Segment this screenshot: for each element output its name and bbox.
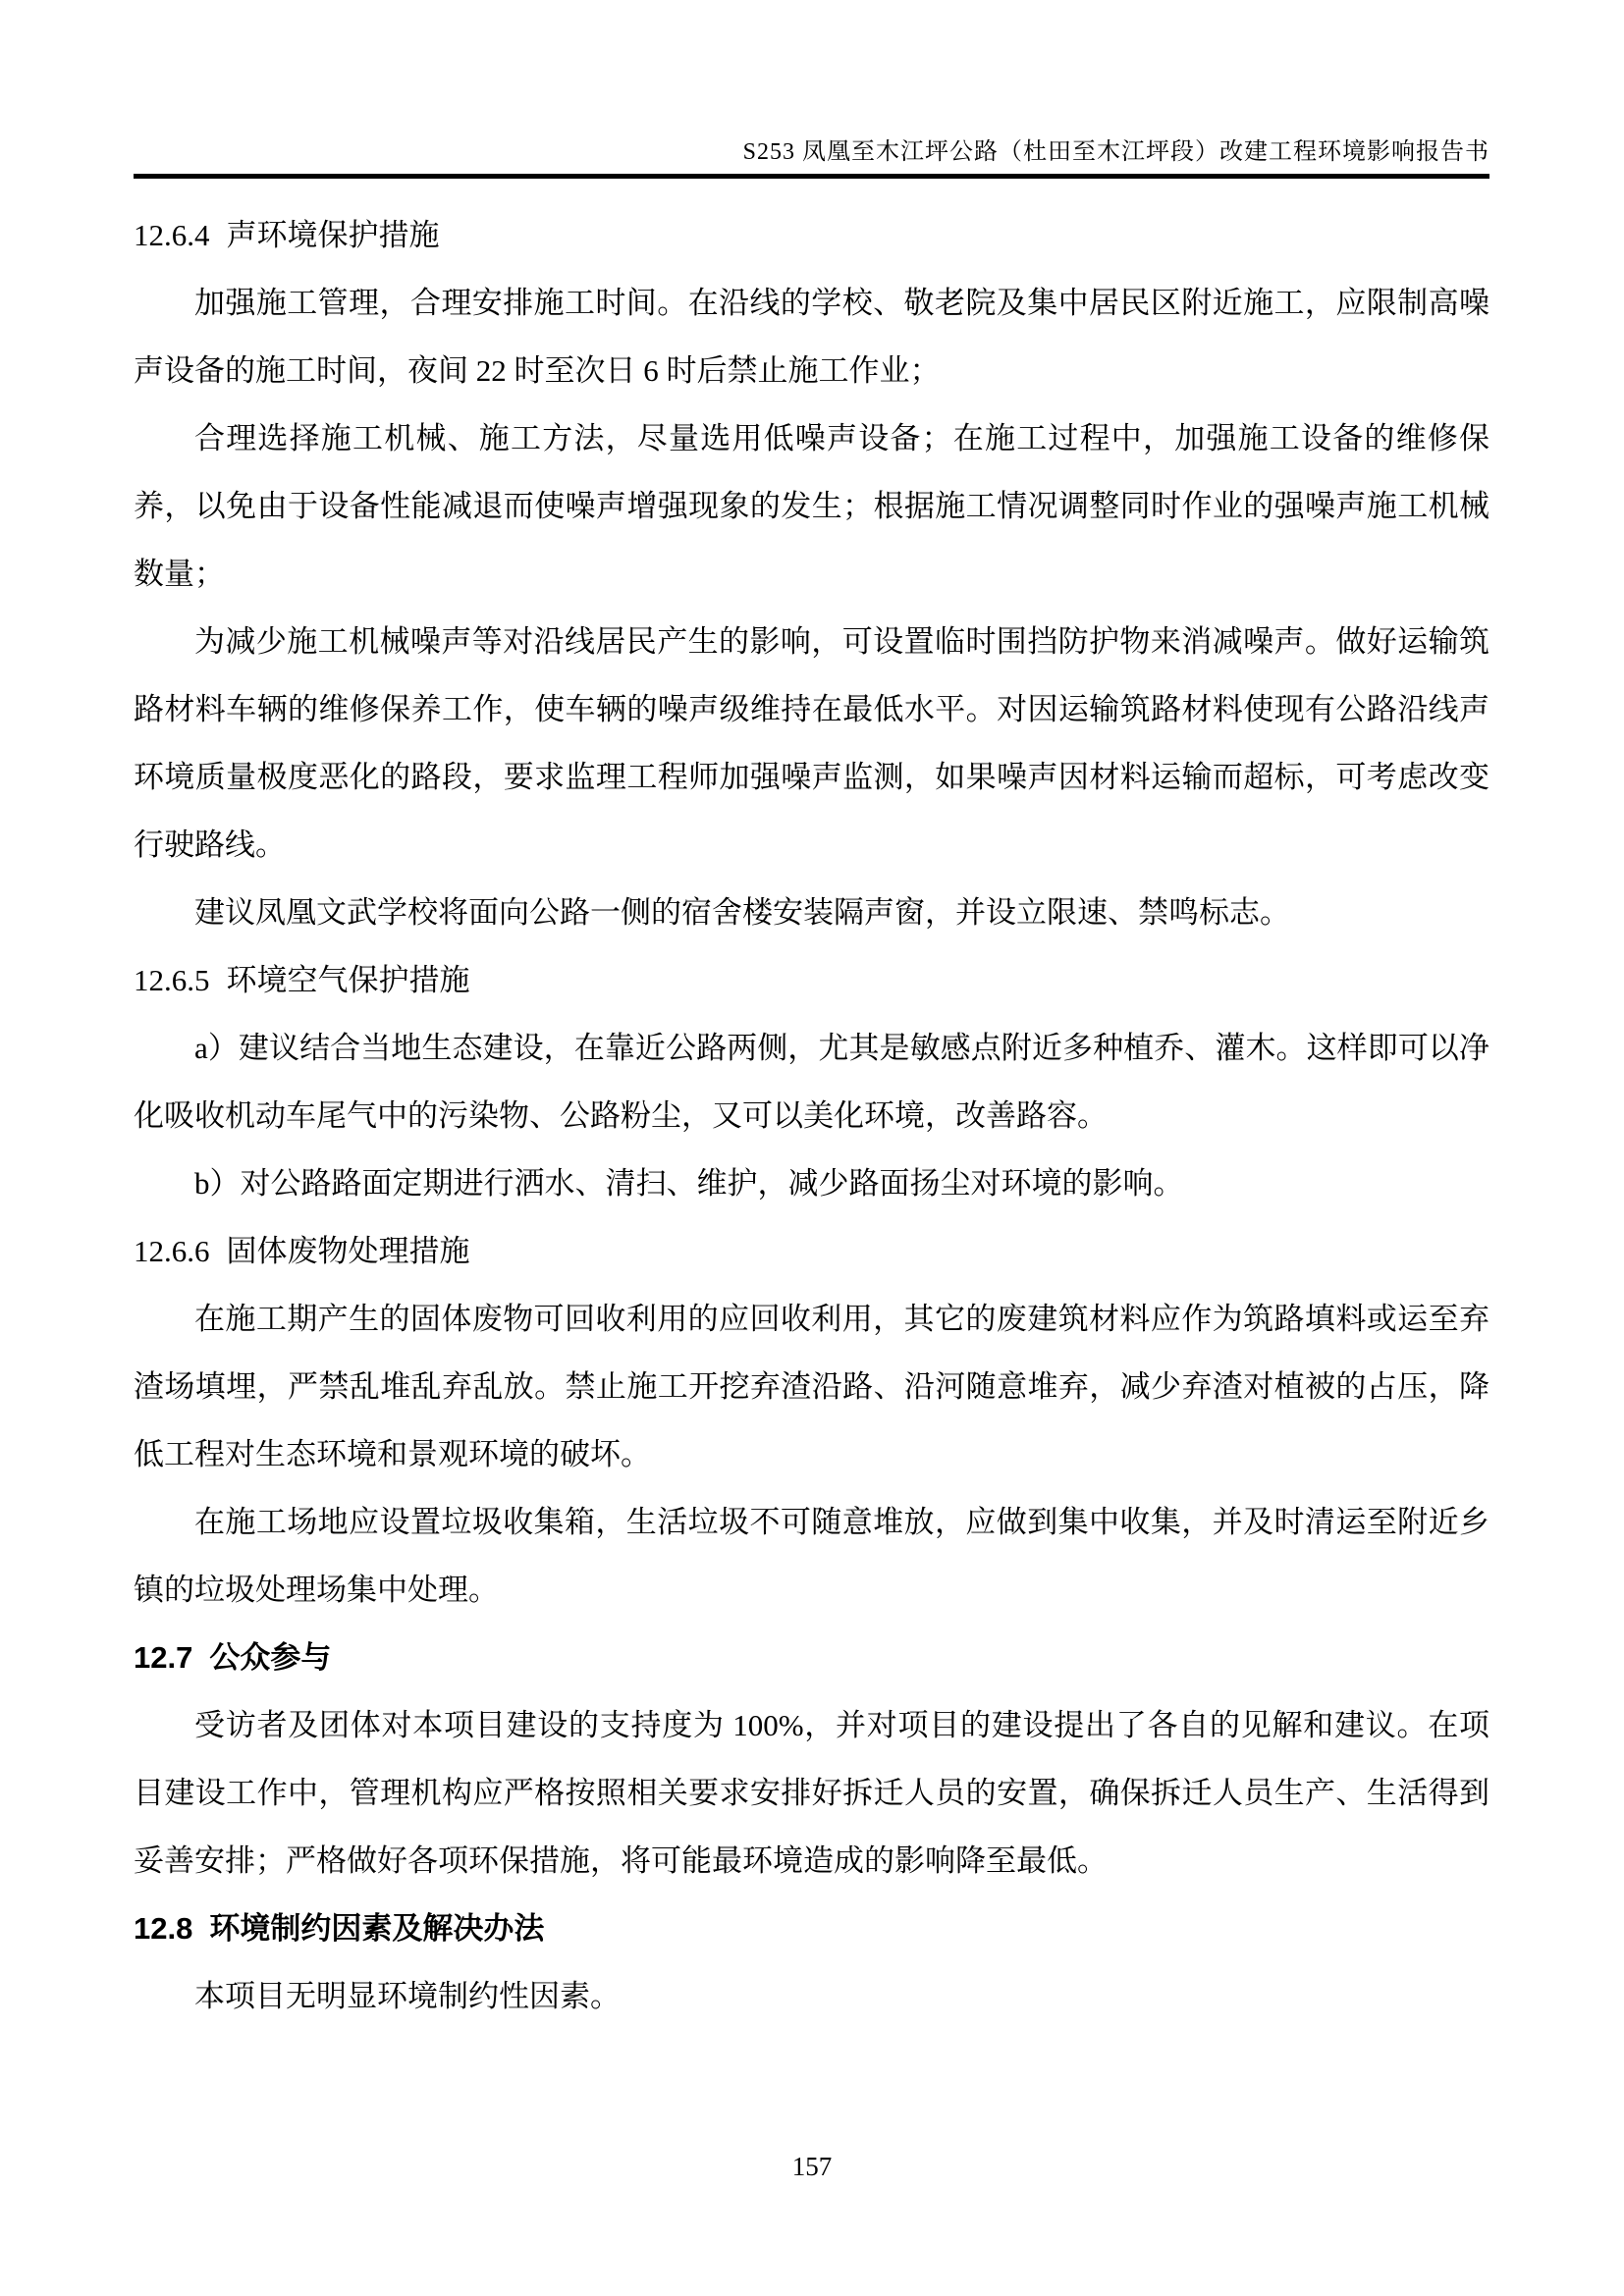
section-heading-12-6-4: 12.6.4声环境保护措施 <box>134 201 1489 269</box>
section-heading-12-6-6: 12.6.6固体废物处理措施 <box>134 1217 1489 1285</box>
paragraph: b）对公路路面定期进行洒水、清扫、维护，减少路面扬尘对环境的影响。 <box>134 1149 1489 1217</box>
paragraph: 合理选择施工机械、施工方法，尽量选用低噪声设备；在施工过程中，加强施工设备的维修… <box>134 404 1489 608</box>
paragraph: 在施工期产生的固体废物可回收利用的应回收利用，其它的废建筑材料应作为筑路填料或运… <box>134 1285 1489 1488</box>
section-heading-12-7: 12.7公众参与 <box>134 1624 1489 1691</box>
paragraph: 在施工场地应设置垃圾收集箱，生活垃圾不可随意堆放，应做到集中收集，并及时清运至附… <box>134 1488 1489 1624</box>
section-number: 12.6.4 <box>134 218 210 252</box>
section-heading-12-8: 12.8环境制约因素及解决办法 <box>134 1895 1489 1962</box>
document-body: 12.6.4声环境保护措施 加强施工管理，合理安排施工时间。在沿线的学校、敬老院… <box>134 201 1489 2030</box>
section-number: 12.8 <box>134 1911 192 1946</box>
page-footer: 157 <box>0 2152 1624 2181</box>
header-rule <box>134 174 1489 179</box>
paragraph: 本项目无明显环境制约性因素。 <box>134 1962 1489 2030</box>
paragraph: 为减少施工机械噪声等对沿线居民产生的影响，可设置临时围挡防护物来消减噪声。做好运… <box>134 608 1489 879</box>
page-number: 157 <box>792 2152 833 2181</box>
section-number: 12.6.5 <box>134 963 210 997</box>
section-heading-12-6-5: 12.6.5环境空气保护措施 <box>134 946 1489 1014</box>
section-title: 声环境保护措施 <box>227 218 440 252</box>
section-number: 12.7 <box>134 1640 192 1675</box>
page-header: S253 凤凰至木江坪公路（杜田至木江坪段）改建工程环境影响报告书 <box>134 139 1489 165</box>
document-page: S253 凤凰至木江坪公路（杜田至木江坪段）改建工程环境影响报告书 12.6.4… <box>0 0 1624 2296</box>
section-title: 环境空气保护措施 <box>227 963 470 997</box>
section-title: 固体废物处理措施 <box>227 1234 470 1268</box>
section-title: 公众参与 <box>209 1640 331 1675</box>
section-number: 12.6.6 <box>134 1234 210 1268</box>
section-title: 环境制约因素及解决办法 <box>209 1911 544 1946</box>
paragraph: a）建议结合当地生态建设，在靠近公路两侧，尤其是敏感点附近多种植乔、灌木。这样即… <box>134 1014 1489 1149</box>
header-title: S253 凤凰至木江坪公路（杜田至木江坪段）改建工程环境影响报告书 <box>743 139 1489 165</box>
paragraph: 建议凤凰文武学校将面向公路一侧的宿舍楼安装隔声窗，并设立限速、禁鸣标志。 <box>134 879 1489 946</box>
paragraph: 加强施工管理，合理安排施工时间。在沿线的学校、敬老院及集中居民区附近施工，应限制… <box>134 269 1489 404</box>
paragraph: 受访者及团体对本项目建设的支持度为 100%，并对项目的建设提出了各自的见解和建… <box>134 1691 1489 1895</box>
